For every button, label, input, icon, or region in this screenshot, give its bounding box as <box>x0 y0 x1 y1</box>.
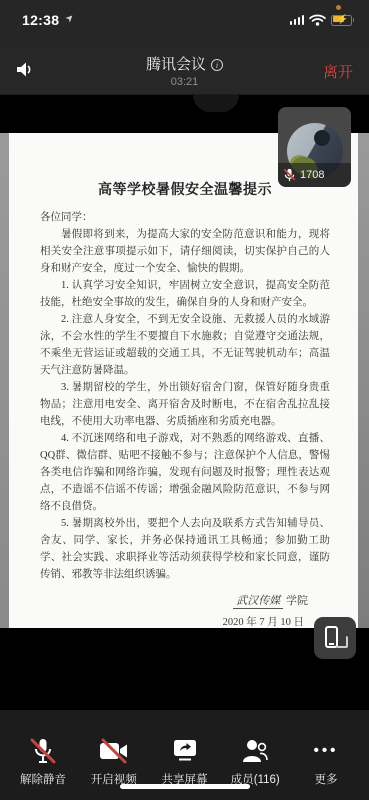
document-page: 高等学校暑假安全温馨提示 各位同学： 暑假即将到来，为提高大家的安全防范意识和能… <box>9 133 358 628</box>
document-paragraph: 5. 暑期离校外出，要把个人去向及联系方式告知辅导员、舍友、同学、家长，并务必保… <box>40 515 330 583</box>
more-dots-icon: ••• <box>314 742 339 759</box>
members-icon <box>241 738 269 764</box>
participant-id: 1708 <box>300 169 324 181</box>
rotate-landscape-icon <box>336 636 348 648</box>
participant-thumbnail[interactable]: 1708 <box>278 107 351 187</box>
app-title: 腾讯会议 <box>146 53 206 74</box>
document-signature: 武汉传媒 学院 <box>40 592 330 608</box>
meeting-info-icon[interactable]: i <box>211 59 223 71</box>
mic-muted-icon <box>283 168 296 182</box>
document-body: 各位同学： 暑假即将到来，为提高大家的安全防范意识和能力，现将相关安全注意事项提… <box>40 209 330 583</box>
clock: 12:38 <box>22 12 59 28</box>
cellular-signal-icon <box>290 15 305 25</box>
tencent-meeting-app: 12:38 ➤ ⚡ 腾讯会议i <box>0 0 369 800</box>
document-paragraph: 3. 暑期留校的学生，外出锁好宿舍门窗，保管好随身贵重物品；注意用电安全、离开宿… <box>40 379 330 430</box>
location-services-icon: ➤ <box>63 12 77 26</box>
screen-share-icon <box>171 738 199 763</box>
meeting-timer: 03:21 <box>0 76 369 88</box>
shared-screen-notch-shadow <box>193 95 239 112</box>
document-paragraph: 2. 注意人身安全，不到无安全设施、无救援人员的水域游泳，不会水性的学生不要擅自… <box>40 311 330 379</box>
document-right-edge <box>358 133 369 628</box>
unmute-button[interactable]: 解除静音 <box>10 721 76 800</box>
wifi-icon <box>309 14 326 26</box>
battery-charging-icon: ⚡ <box>331 15 355 26</box>
mic-in-use-dot-icon <box>336 5 341 10</box>
leave-meeting-button[interactable]: 离开 <box>323 61 353 82</box>
document-paragraph: 暑假即将到来，为提高大家的安全防范意识和能力，现将相关安全注意事项提示如下，请仔… <box>40 226 330 277</box>
participant-name-bar: 1708 <box>278 163 351 187</box>
document-salutation: 各位同学： <box>40 209 330 226</box>
shared-screen-stage[interactable]: 高等学校暑假安全温馨提示 各位同学： 暑假即将到来，为提高大家的安全防范意识和能… <box>0 95 369 710</box>
document-paragraph: 4. 不沉迷网络和电子游戏，对不熟悉的网络游戏、直播、QQ群、微信群、贴吧不接触… <box>40 430 330 515</box>
document-date: 2020 年 7 月 10 日 <box>40 614 330 628</box>
document-paragraph: 1. 认真学习安全知识，牢固树立安全意识，提高安全防范技能，杜绝安全事故的发生，… <box>40 277 330 311</box>
home-indicator[interactable] <box>120 784 250 789</box>
rotate-screen-button[interactable] <box>314 617 356 659</box>
shared-document: 高等学校暑假安全温馨提示 各位同学： 暑假即将到来，为提高大家的安全防范意识和能… <box>0 133 369 628</box>
meeting-header: 腾讯会议i 03:21 离开 <box>0 44 369 95</box>
more-button[interactable]: ••• 更多 <box>293 721 359 800</box>
status-bar: 12:38 ➤ ⚡ <box>0 0 369 44</box>
document-left-edge <box>0 133 9 628</box>
